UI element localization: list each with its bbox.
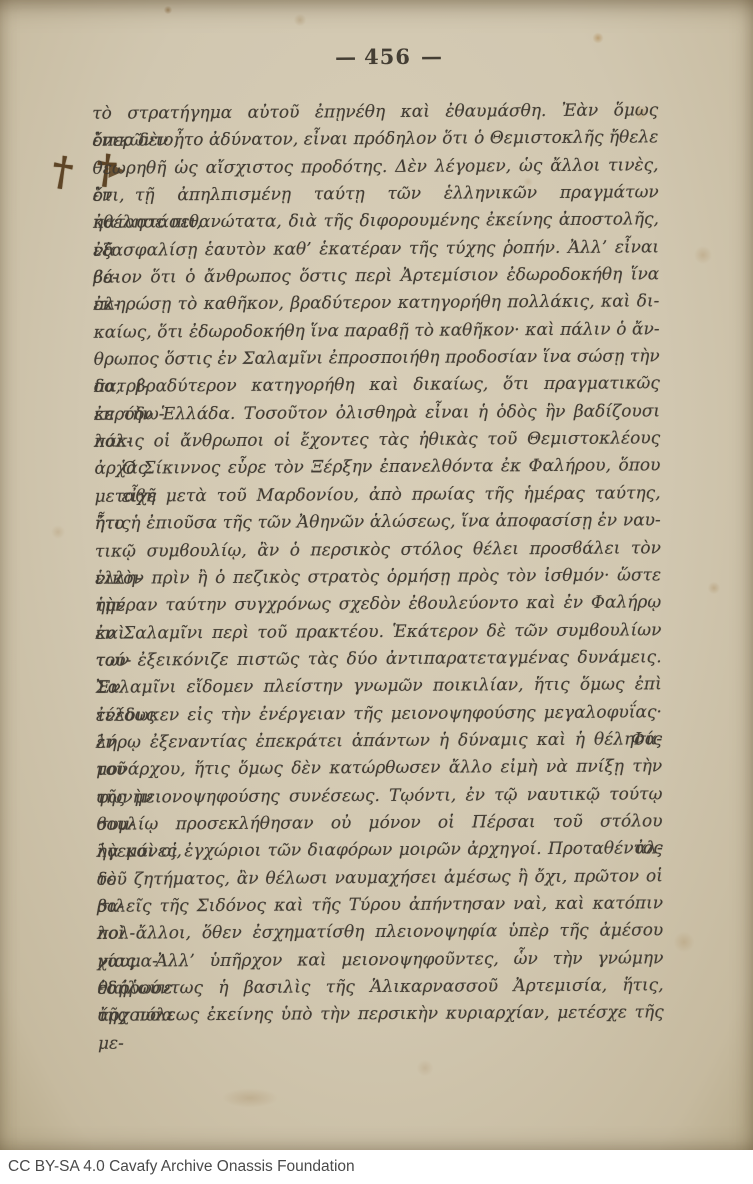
text-line: ἠθέλησε πιθανώτατα, διὰ τῆς διφορουμένης… [93, 207, 659, 238]
text-line: πληρώσῃ τὸ καθῆκον, βραδύτερον κατηγορήθ… [93, 289, 659, 320]
text-line: σιλεῖς τῆς Σιδόνος καὶ τῆς Τύρου ἀπήντησ… [97, 890, 663, 921]
license-bar: CC BY-SA 4.0 Cavafy Archive Onassis Foun… [0, 1150, 753, 1184]
text-line: μεταϐῆ μετὰ τοῦ Μαρδονίου, ἀπὸ πρωίας τῆ… [95, 480, 661, 511]
header-rule-left: — [325, 44, 364, 69]
text-line: δα, βραδύτερον κατηγορήθη καὶ δικαίως, ὅ… [94, 371, 660, 402]
text-line: μονάρχου, ἥτις ὅμως δὲν κατώρθωσεν ἄλλο … [96, 754, 662, 785]
text-line: ἐνέδωκεν εἰς τὴν ἐνέργειαν τῆς μειονοψηφ… [96, 699, 662, 730]
text-line: θρωπος ὅστις ἐν Σαλαμῖνι ἐπροσποιήθη προ… [94, 343, 660, 374]
text-line: θαῤῥούντως ἡ βασιλὶς τῆς Ἁλικαρνασσοῦ Ἀρ… [98, 972, 664, 1003]
text-line: λὰ καὶ οἱ ἐγχώριοι τῶν διαφόρων μοιρῶν ἀ… [97, 836, 663, 867]
license-text: CC BY-SA 4.0 Cavafy Archive Onassis Foun… [0, 1158, 355, 1176]
text-line: λάκις οἱ ἄνθρωποι οἱ ἔχοντες τὰς ἠθικὰς … [94, 425, 660, 456]
text-line: νικὸν πρὶν ἢ ὁ πεζικὸς στρατὸς ὁρμήσῃ πρ… [95, 562, 661, 593]
text-line: καίως, ὅτι ἐδωροδοκήθη ἵνα παραϐῇ τὸ καθ… [94, 316, 660, 347]
text-line: λήρῳ ἐξεναντίας ἐπεκράτει ἁπάντων ἡ δύνα… [96, 726, 662, 757]
text-line: λοὶ ἄλλοι, ὅθεν ἐσχηματίσθη πλειονοψηφία… [97, 918, 663, 949]
text-line: χίας. Ἀλλ’ ὑπῆρχον καὶ μειονοψηφοῦντες, … [97, 945, 663, 976]
page-number: 456 [364, 44, 411, 69]
text-line: ϐαιον ὅτι ὁ ἄνθρωπος ὅστις περὶ Ἀρτεμίσι… [93, 261, 659, 292]
text-line: τῆς μειονοψηφούσης συνέσεως. Τῳόντι, ἐν … [96, 781, 662, 812]
text-line: Ὁ Σίκιννος εὗρε τὸν Ξέρξην ἐπανελθόντα ἐ… [94, 453, 660, 484]
text-line: τῆς πόλεως ἐκείνης ὑπὸ τὴν περσικὴν κυρι… [98, 1000, 664, 1031]
handwritten-cross-icon: † [48, 147, 76, 197]
header-rule-right: — [411, 44, 450, 69]
text-line: ἦτο ἡ ἐπιοῦσα τῆς τῶν Ἀθηνῶν ἁλώσεως, ἵν… [95, 507, 661, 538]
text-line: ἡμέραν ταύτην συγχρόνως σχεδὸν ἐϐουλεύον… [95, 589, 661, 620]
text-line: Σαλαμῖνι εἴδομεν πλείστην γνωμῶν ποικιλί… [96, 671, 662, 702]
text-line: των ἐξεικόνιζε πιστῶς τὰς δύο ἀντιπαρατε… [96, 644, 662, 675]
text-line: ὅπερ δὲν ἦτο ἀδύνατον, εἶναι πρόδηλον ὅτ… [92, 125, 658, 156]
page-header: —456— [95, 42, 680, 71]
text-line: ἐν τῇ ἀπηλπισμένῃ ταύτῃ τῶν ἑλληνικῶν πρ… [93, 179, 659, 210]
text-line: τὸ στρατήγημα αὐτοῦ ἐπῃνέθη καὶ ἐθαυμάσθ… [92, 97, 658, 128]
text-line: τοῦ ζητήματος, ἂν θέλωσι ναυμαχήσει ἀμέσ… [97, 863, 663, 894]
text-line: ϐουλίῳ προσεκλήθησαν οὐ μόνον οἱ Πέρσαι … [97, 808, 663, 839]
body-text: τὸ στρατήγημα αὐτοῦ ἐπῃνέθη καὶ ἐθαυμάσθ… [92, 97, 664, 1030]
text-line: κε τὴν Ἑλλάδα. Τοσοῦτον ὀλισθηρὰ εἶναι ἡ… [94, 398, 660, 429]
scanned-book-page: —456— † † τὸ στρατήγημα αὐτοῦ ἐπῃνέθη κα… [0, 0, 753, 1150]
text-line: τικῷ συμϐουλίῳ, ἂν ὁ περσικὸς στόλος θέλ… [95, 535, 661, 566]
text-line: ἐν Σαλαμῖνι περὶ τοῦ πρακτέου. Ἑκάτερον … [95, 617, 661, 648]
text-line: ἐξασφαλίσῃ ἑαυτὸν καθ’ ἑκατέραν τῆς τύχη… [93, 234, 659, 265]
text-line: θεωρηθῆ ὡς αἴσχιστος προδότης. Δὲν λέγομ… [92, 152, 658, 183]
